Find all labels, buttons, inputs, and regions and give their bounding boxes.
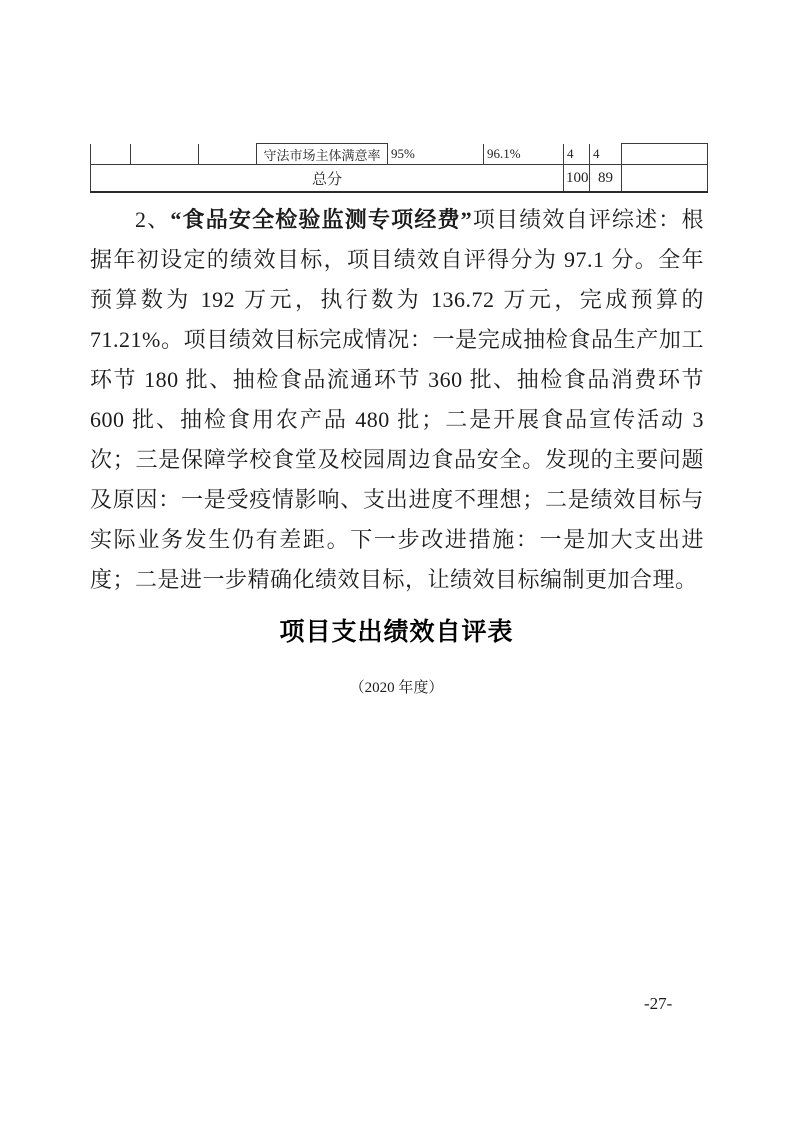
indicator-target-cell: 95% (388, 144, 484, 165)
score-table: 守法市场主体满意率 95% 96.1% 4 4 总分 100 89 (90, 143, 708, 193)
total-weight-cell: 100 (564, 165, 590, 193)
table-row-total: 总分 100 89 (91, 165, 708, 193)
indicator-actual-cell: 96.1% (484, 144, 564, 165)
empty-cell (91, 144, 131, 165)
total-label-cell: 总分 (91, 165, 564, 193)
empty-cell (131, 144, 199, 165)
remark-cell (622, 144, 708, 165)
indicator-score-cell: 4 (590, 144, 622, 165)
summary-paragraph: 2、“食品安全检验监测专项经费”项目绩效自评综述：根据年初设定的绩效目标，项目绩… (90, 200, 704, 600)
indicator-name-cell: 守法市场主体满意率 (257, 144, 388, 165)
total-score-cell: 89 (590, 165, 622, 193)
remark-cell (622, 165, 708, 193)
table-row-indicator: 守法市场主体满意率 95% 96.1% 4 4 (91, 144, 708, 165)
empty-cell (199, 144, 257, 165)
indicator-weight-cell: 4 (564, 144, 590, 165)
project-name-quote: “食品安全检验监测专项经费” (170, 207, 472, 232)
document-page: 守法市场主体满意率 95% 96.1% 4 4 总分 100 89 2、“食品安… (0, 0, 793, 1122)
page-subtitle: （2020 年度） (0, 676, 793, 697)
paragraph-body: 项目绩效自评综述：根据年初设定的绩效目标，项目绩效自评得分为 97.1 分。全年… (90, 207, 704, 592)
page-title: 项目支出绩效自评表 (0, 612, 793, 648)
page-number: -27- (644, 994, 672, 1014)
paragraph-prefix: 2、 (135, 207, 170, 232)
